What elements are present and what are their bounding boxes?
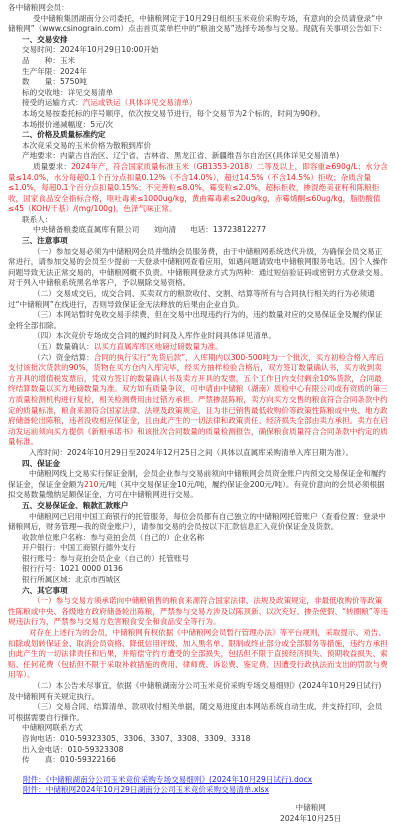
other-item-1: （一）参与交易方须承诺向中储粮销售的粮食来源符合国家法律、法规及政策规定，非最低…	[8, 596, 388, 628]
other-item-1b: 对存在上述行为的会员，中储粮网有权依据《中储粮网会员暂行管理办法》等平台规则，采…	[8, 628, 388, 681]
bank-account: 银行账号：参与竞拍会员企业（自己的）托管账号	[8, 554, 388, 565]
quality-requirements: 质量要求：2024年产，符合国家质量标准玉米（GB1353-2018）二等及以上…	[8, 162, 388, 215]
contact-person: 刘向清	[153, 225, 176, 234]
notice-item-1: （一）参加交易必须为中储粮网会员并缴纳会员服务费，由于中储粮网系统迭代升级，为确…	[8, 247, 388, 289]
bank-region: 银行所属区域：北京市西城区	[8, 575, 388, 586]
signature-date: 2024年10月25日	[280, 814, 341, 825]
price-text: 本次竞采交易的玉米价格为散粮到库价	[8, 141, 388, 152]
section-1-title: 一、交易安排	[8, 35, 388, 46]
contact-phone: 电话：13723812277	[190, 225, 266, 234]
intro-paragraph: 受中储粮集团湖南分公司委托，中储粮网定于10月29日组织玉米竞价采购专场，有意向…	[8, 14, 388, 35]
section-5-title: 五、交易保证金、粮款汇款账户	[8, 501, 388, 512]
notice-item-6: （六）资金结算：合同的执行实行“先货后款”，入库期内以300-500吨为一个批次…	[8, 353, 388, 448]
notice-item-3: （三）本网站暂时免收交易手续费，但在交易中出现违约行为的，违约数量对应的交易保证…	[8, 310, 388, 331]
trade-order-text: 本场交易按委托标的序号顺序，依次按交易节进行，每个交易节为2个标的，时间为90秒…	[8, 109, 388, 120]
custody-text: 中储粮网已启用中国工商银行的托管服务，每位会员都有自己独立的中储粮网托管账户（查…	[8, 512, 388, 533]
origin-text: 产地要求：内蒙古自治区、辽宁省、吉林省、黑龙江省、新疆维吾尔自治区(具体详见交易…	[8, 151, 388, 162]
notice-item-5: （五）数量确认：以买方直属库库区地磅过磅数量为准。	[8, 342, 388, 353]
quantity: 数 量：5750吨	[8, 77, 388, 88]
notice-item-4: （四）本次竞价专场成交合同的履约时间及入库作业时间具体详见清单。	[8, 331, 388, 342]
entry-time: 入库时间：2024年10月29日至2024年12月25日之间（具体以直属库采购清…	[8, 448, 388, 459]
attachment-link-list-xlsx[interactable]: 附件：中储粮网2024年10月29日湖南分公司玉米竞价采购交易清单.xlsx	[8, 785, 388, 795]
fax: 传 真：010-59322166	[8, 755, 388, 766]
other-item-2: （二）本公告未尽事宜，依据《中储粮湖南分公司玉米竞价采购专场交易细则》(2024…	[8, 681, 388, 702]
signature: 中储粮网 2024年10月25日	[280, 803, 341, 824]
section-4-title: 四、保证金	[8, 459, 388, 470]
contact-company: 中央储备粮娄底直属库有限公司	[33, 225, 139, 234]
contact-label: 联系人：	[8, 215, 388, 226]
other-item-3: （三）交易合同、结算清单、款项收付相关单据，随交易进度由本网站系统自动生成，并支…	[8, 702, 388, 723]
production-year: 生产年限：2024年	[8, 67, 388, 78]
trade-time: 交易时间：2024年10月29日10:00开始	[8, 45, 388, 56]
notice-item-2: （二）交易成交后，成交合同、买卖双方的粮款收付、交割、结算等所有与合同执行相关的…	[8, 289, 388, 310]
consult-phone: 咨询电话：010-59323305、3306、3307、3308、3309、33…	[8, 734, 388, 745]
deposit-text: 中储粮网线上交易实行保证金制，会员企业参与交易前须向中储粮网会员资金账户内预交交…	[8, 469, 388, 501]
section-2-title: 二、价格及质量标准约定	[8, 130, 388, 141]
section-6-title: 六、其它事项	[8, 586, 388, 597]
delivery-location: 标的交收地：详见交易清单	[8, 88, 388, 99]
variety: 品 种：玉米	[8, 56, 388, 67]
attachment-link-rules-docx[interactable]: 附件：《中储粮湖南分公司玉米竞价采购专场交易细则》(2024年10月29日试行)…	[8, 775, 388, 785]
contact-info: 中央储备粮娄底直属库有限公司刘向清电话：13723812277	[8, 225, 388, 236]
greeting: 各中储粮网会员：	[8, 3, 388, 14]
section-3-title: 三、注意事项	[8, 236, 388, 247]
bank-name: 开户银行：中国工商银行德外支行	[8, 543, 388, 554]
announcement-document: 各中储粮网会员： 受中储粮集团湖南分公司委托，中储粮网定于10月29日组织玉米竞…	[0, 0, 396, 796]
price-step-text: 本场报价递减幅度：5元/次	[8, 120, 388, 131]
funds-phone: 出入金电话：010-59323308	[8, 745, 388, 756]
deposit-amount: 210	[84, 480, 99, 489]
transport-mode: 接受的运输方式：汽运或铁运（具体详见交易清单）	[8, 98, 388, 109]
contact-title: 中储粮网联系方式	[8, 723, 388, 734]
signature-org: 中储粮网	[280, 803, 341, 814]
bank-code: 银行行号：1021 0000 0136	[8, 564, 388, 575]
payee-name: 收款单位账户名称：参与竞拍会员（自己的）企业名称	[8, 533, 388, 544]
